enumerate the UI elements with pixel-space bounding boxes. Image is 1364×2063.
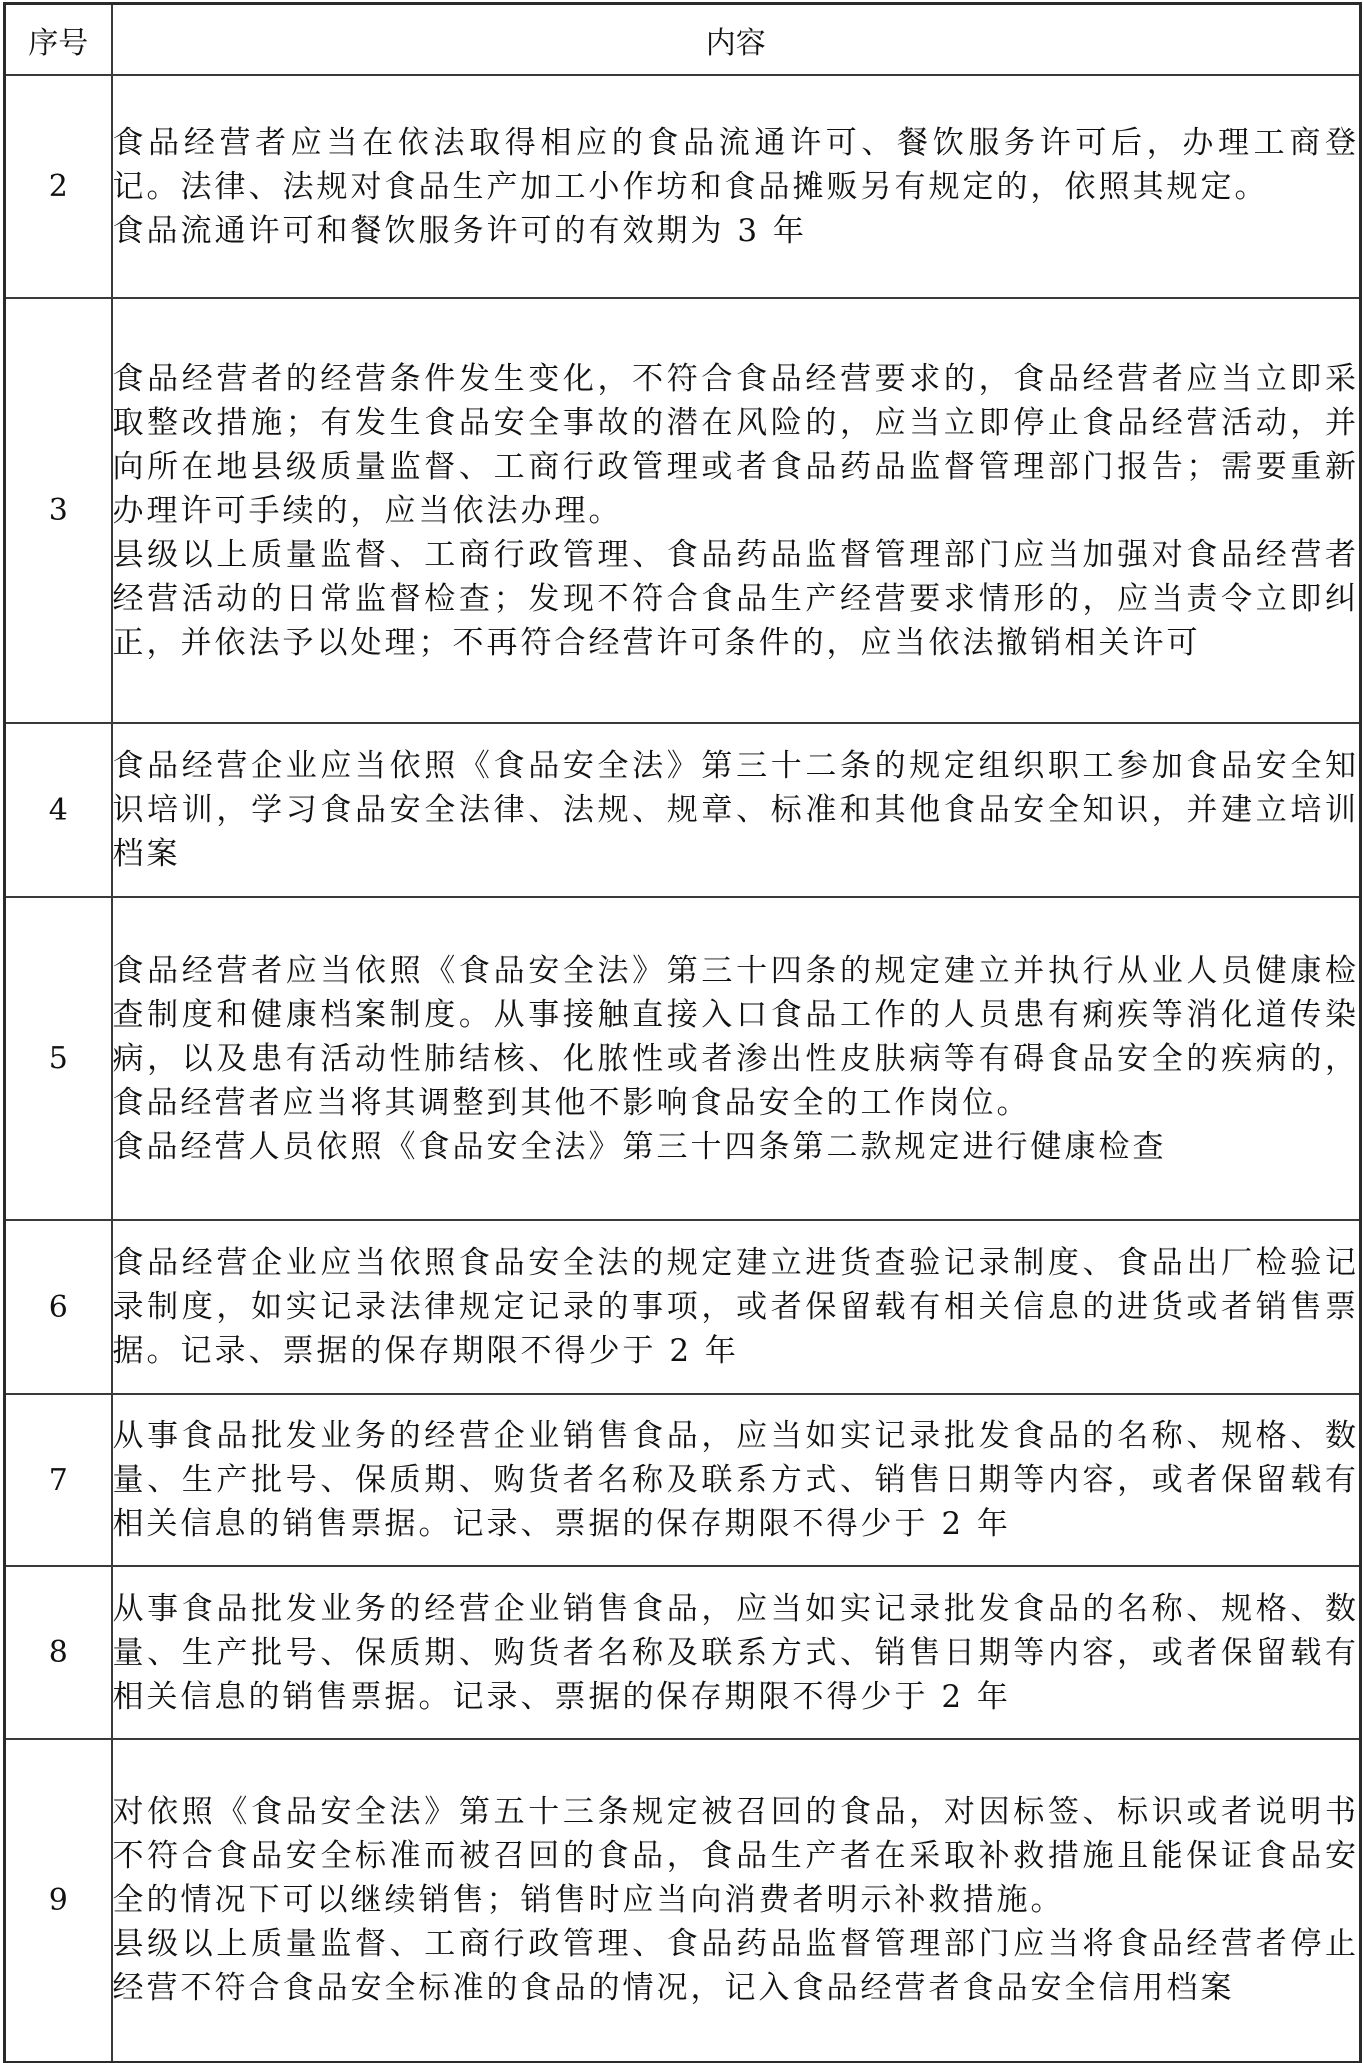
row-number: 5 [5, 897, 112, 1220]
row-number: 9 [5, 1739, 112, 2062]
row-content: 食品经营者应当在依法取得相应的食品流通许可、餐饮服务许可后，办理工商登记。法律、… [112, 75, 1361, 298]
content-paragraph: 对依照《食品安全法》第五十三条规定被召回的食品，对因标签、标识或者说明书不符合食… [113, 1790, 1360, 1922]
header-content: 内容 [112, 4, 1361, 76]
content-paragraph: 从事食品批发业务的经营企业销售食品，应当如实记录批发食品的名称、规格、数量、生产… [113, 1587, 1360, 1719]
content-paragraph: 食品经营者应当依照《食品安全法》第三十四条的规定建立并执行从业人员健康检查制度和… [113, 949, 1360, 1125]
table-row: 8 从事食品批发业务的经营企业销售食品，应当如实记录批发食品的名称、规格、数量、… [5, 1566, 1361, 1739]
content-paragraph: 食品经营者应当在依法取得相应的食品流通许可、餐饮服务许可后，办理工商登记。法律、… [113, 121, 1360, 209]
row-content: 食品经营者的经营条件发生变化，不符合食品经营要求的，食品经营者应当立即采取整改措… [112, 298, 1361, 723]
row-content: 食品经营者应当依照《食品安全法》第三十四条的规定建立并执行从业人员健康检查制度和… [112, 897, 1361, 1220]
row-number: 8 [5, 1566, 112, 1739]
row-content: 对依照《食品安全法》第五十三条规定被召回的食品，对因标签、标识或者说明书不符合食… [112, 1739, 1361, 2062]
table-row: 3 食品经营者的经营条件发生变化，不符合食品经营要求的，食品经营者应当立即采取整… [5, 298, 1361, 723]
row-number: 6 [5, 1220, 112, 1394]
content-paragraph: 县级以上质量监督、工商行政管理、食品药品监督管理部门应当加强对食品经营者经营活动… [113, 533, 1360, 665]
table-row: 2 食品经营者应当在依法取得相应的食品流通许可、餐饮服务许可后，办理工商登记。法… [5, 75, 1361, 298]
row-number: 4 [5, 723, 112, 897]
regulation-table: 序号 内容 2 食品经营者应当在依法取得相应的食品流通许可、餐饮服务许可后，办理… [3, 2, 1362, 2063]
table-row: 7 从事食品批发业务的经营企业销售食品，应当如实记录批发食品的名称、规格、数量、… [5, 1394, 1361, 1566]
table-header-row: 序号 内容 [5, 4, 1361, 76]
content-paragraph: 从事食品批发业务的经营企业销售食品，应当如实记录批发食品的名称、规格、数量、生产… [113, 1414, 1360, 1546]
row-content: 从事食品批发业务的经营企业销售食品，应当如实记录批发食品的名称、规格、数量、生产… [112, 1394, 1361, 1566]
content-paragraph: 县级以上质量监督、工商行政管理、食品药品监督管理部门应当将食品经营者停止经营不符… [113, 1922, 1360, 2010]
table-row: 5 食品经营者应当依照《食品安全法》第三十四条的规定建立并执行从业人员健康检查制… [5, 897, 1361, 1220]
row-content: 食品经营企业应当依照《食品安全法》第三十二条的规定组织职工参加食品安全知识培训，… [112, 723, 1361, 897]
table-row: 4 食品经营企业应当依照《食品安全法》第三十二条的规定组织职工参加食品安全知识培… [5, 723, 1361, 897]
content-paragraph: 食品流通许可和餐饮服务许可的有效期为 3 年 [113, 209, 1360, 253]
content-paragraph: 食品经营企业应当依照《食品安全法》第三十二条的规定组织职工参加食品安全知识培训，… [113, 744, 1360, 876]
content-paragraph: 食品经营者的经营条件发生变化，不符合食品经营要求的，食品经营者应当立即采取整改措… [113, 357, 1360, 533]
content-paragraph: 食品经营企业应当依照食品安全法的规定建立进货查验记录制度、食品出厂检验记录制度，… [113, 1241, 1360, 1373]
row-content: 从事食品批发业务的经营企业销售食品，应当如实记录批发食品的名称、规格、数量、生产… [112, 1566, 1361, 1739]
table-row: 6 食品经营企业应当依照食品安全法的规定建立进货查验记录制度、食品出厂检验记录制… [5, 1220, 1361, 1394]
table-row: 9 对依照《食品安全法》第五十三条规定被召回的食品，对因标签、标识或者说明书不符… [5, 1739, 1361, 2062]
header-number: 序号 [5, 4, 112, 76]
row-number: 3 [5, 298, 112, 723]
row-number: 7 [5, 1394, 112, 1566]
row-content: 食品经营企业应当依照食品安全法的规定建立进货查验记录制度、食品出厂检验记录制度，… [112, 1220, 1361, 1394]
content-paragraph: 食品经营人员依照《食品安全法》第三十四条第二款规定进行健康检查 [113, 1125, 1360, 1169]
row-number: 2 [5, 75, 112, 298]
